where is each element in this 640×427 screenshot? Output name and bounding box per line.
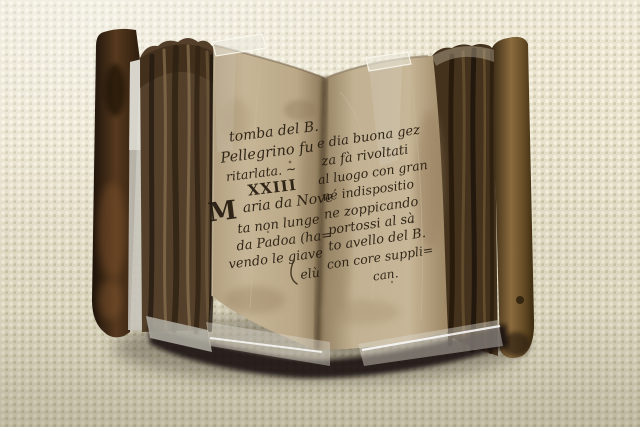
miniature-book-photo: tomba del B. Pellegrino fu ritarlata. ~ … [0, 0, 640, 427]
roll-spot [516, 296, 524, 304]
top-clip-left [212, 34, 266, 56]
manuscript-drop-cap: M [206, 195, 238, 228]
manuscript-line: elù [299, 265, 320, 282]
leather-mottle [105, 64, 125, 116]
leather-mottle [98, 182, 126, 278]
leather-mottle [98, 280, 122, 320]
display-fabric-background: tomba del B. Pellegrino fu ritarlata. ~ … [0, 0, 640, 427]
right-cover-roll [492, 37, 534, 358]
